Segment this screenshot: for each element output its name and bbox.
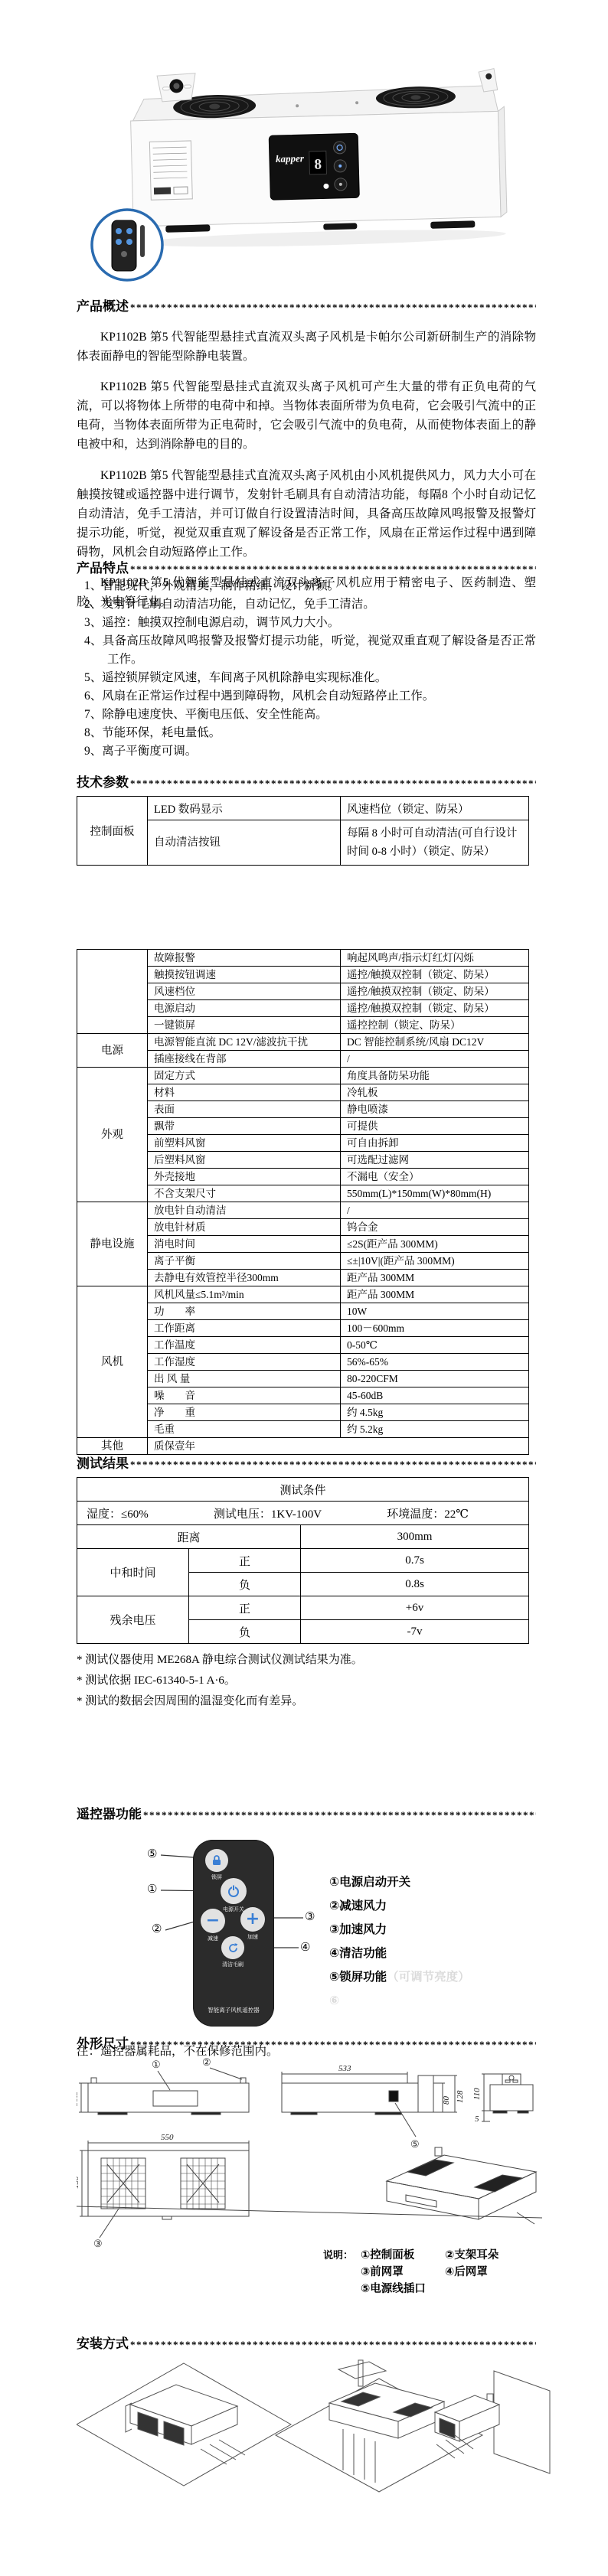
spec-value-cell: ≤±|10V|(距产品 300MM) [341,1253,529,1270]
spec-value-cell: 遥控/触摸双控制（锁定、防呆） [341,967,529,983]
feature-item: 3、遥控：触摸双控制电源启动，调节风力大小。 [77,614,536,632]
dimensions-title: 外形尺寸 [77,2033,129,2052]
tech-value-cell: 每隔 8 小时可自动清洁(可自行设计时间 0-8 小时）（锁定、防呆） [341,820,529,866]
legend-item: ③前网罩 [361,2264,445,2281]
drawing-callout-1: ① [152,2059,161,2070]
star-divider: ****************************************… [130,778,536,790]
legend-faint-number: ⑥ [329,1989,470,2013]
drawing-legend: 说明： ①控制面板②支架耳朵 ③前网罩④后网罩 ⑤电源线插口 [323,2247,529,2297]
feature-item: 6、风扇在正常运作过程中遇到障碍物，风机会自动短路停止工作。 [77,687,536,706]
feature-item: 2、发射针毛刷自动清洁功能，自动记忆，免手工清洁。 [77,595,536,614]
callout-number-1: ① [147,1884,157,1896]
test-condition-header: 测试条件 [77,1478,529,1502]
legend-item-text: ⑤锁屏功能 [329,1971,387,1984]
spec-param-cell: 去静电有效管控半径300mm [148,1270,341,1286]
section-spec-table: 故障报警 响起风鸣声/指示灯红灯闪烁 触摸按钮调速遥控/触摸双控制（锁定、防呆）… [77,949,536,1455]
spec-group-cell: 风机 [77,1286,148,1438]
legend-item: ①电源启动开关 [329,1870,470,1894]
spec-table: 故障报警 响起风鸣声/指示灯红灯闪烁 触摸按钮调速遥控/触摸双控制（锁定、防呆）… [77,949,529,1455]
spec-group-cell: 静电设施 [77,1202,148,1286]
test-results-table: 测试条件 湿度：≤60% 测试电压：1KV-100V 环境温度：22℃ 距离 3… [77,1477,529,1644]
remote-figure: 锁屏 电源开关 − 减速 + 加速 [77,1835,536,2036]
condition-voltage: 测试电压：1KV-100V [214,1505,322,1521]
section-installation: 安装方式 ***********************************… [77,2333,536,2516]
dim-total-height: 128 [456,2090,465,2103]
dim-bottom-width: 550 [161,2133,174,2142]
legend-label: 说明： [323,2247,353,2297]
installation-illustrations [77,2359,551,2512]
spec-value-cell: 静电喷漆 [341,1101,529,1118]
installation-illustration-wall [435,2371,550,2473]
lock-button [205,1849,228,1872]
drawing-side-view [482,2074,533,2121]
spec-param-cell: 风机风量≤5.1m³/min [148,1286,341,1303]
tech-param-cell: LED 数码显示 [148,797,341,820]
star-divider: ****************************************… [130,2339,536,2351]
feature-item: 7、除静电速度快、平衡电压低、安全性能高。 [77,706,536,724]
spec-value-cell: 遥控控制（锁定、防呆） [341,1017,529,1034]
spec-param-cell: 表面 [148,1101,341,1118]
dimension-drawings: 90.5 ① ② 533 80 128 ⑤ [77,2057,551,2279]
speed-up-button: + [240,1907,265,1932]
bracket-ear-left [157,73,196,102]
spec-param-cell: 外壳接地 [148,1169,341,1185]
condition-humidity: 湿度：≤60% [87,1505,149,1521]
spec-group-cell: 电源 [77,1034,148,1068]
spec-param-cell: 故障报警 [148,950,341,967]
spec-value-cell: / [341,1051,529,1068]
dim-front-height: 90.5 [77,2091,80,2106]
clean-cycle-icon [227,1942,239,1954]
callout-number-5: ⑤ [147,1849,157,1860]
test-value: 0.7s [301,1549,529,1573]
spec-param-cell: 电源智能直流 DC 12V/滤波抗干扰 [148,1034,341,1051]
feature-item: 9、离子平衡度可调。 [77,742,536,761]
test-note: * 测试仪器使用 ME268A 静电综合测试仪测试结果为准。 [77,1650,536,1671]
power-icon [227,1884,240,1898]
lock-icon [211,1854,222,1867]
test-results-title: 测试结果 [77,1453,129,1472]
dim-side-height: 110 [472,2088,482,2100]
spec-param-cell: 功 率 [148,1303,341,1320]
spec-value-cell: 距产品 300MM [341,1286,529,1303]
spec-value-cell: DC 智能控制系统/风扇 DC12V [341,1034,529,1051]
spec-value-cell: 80-220CFM [341,1371,529,1387]
section-tech-params: 技术参数 ***********************************… [77,771,536,866]
spec-value-cell: 可自由拆卸 [341,1135,529,1152]
dim-back-width: 533 [338,2064,351,2073]
legend-item: ⑤锁屏功能（可调节亮度） [329,1965,470,1989]
dim-bottom-depth: 150 [77,2176,80,2189]
plus-icon: + [246,1911,260,1928]
drawing-bottom-view [80,2141,249,2238]
spec-param-cell: 出 风 量 [148,1371,341,1387]
star-divider: ****************************************… [143,1809,536,1821]
spec-param-cell: 消电时间 [148,1236,341,1253]
spec-param-cell: 放电针自动清洁 [148,1202,341,1219]
tech-params-table: 控制面板 LED 数码显示 风速档位（锁定、防呆） 自动清洁按钮 每隔 8 小时… [77,796,529,866]
spec-param-cell: 毛重 [148,1421,341,1438]
dimensions-header: 外形尺寸 ***********************************… [77,2033,536,2053]
tech-group-cell: 控制面板 [77,797,148,866]
section-remote: 遥控器功能 **********************************… [77,1803,536,2071]
star-divider: ****************************************… [130,563,536,576]
tech-params-title: 技术参数 [77,771,129,791]
spec-param-cell: 放电针材质 [148,1219,341,1236]
test-group-name: 中和时间 [77,1549,189,1596]
feature-item: 4、具备高压故障风鸣报警及报警灯提示功能，听觉，视觉双重直观了解设备是否正常工作… [77,632,536,669]
spec-value-cell: 角度具备防呆功能 [341,1068,529,1084]
spec-param-cell: 工作距离 [148,1320,341,1337]
installation-title: 安装方式 [77,2333,129,2352]
test-polarity: 正 [189,1596,301,1620]
section-features: 产品特点 ***********************************… [77,557,536,761]
section-test-results: 测试结果 ***********************************… [77,1453,536,1712]
spec-value-cell: 约 4.5kg [341,1404,529,1421]
spec-value-cell: 100－600mm [341,1320,529,1337]
test-distance-value: 300mm [301,1525,529,1549]
dim-back-height: 80 [442,2096,451,2105]
legend-item: ①控制面板 [361,2247,445,2264]
features-header: 产品特点 ***********************************… [77,557,536,577]
spec-value-cell: 可选配过滤网 [341,1152,529,1169]
overview-paragraph: KP1102B 第5 代智能型悬挂式直流双头离子风机是卡帕尔公司新研制生产的消除… [77,328,536,366]
legend-item: ②支架耳朵 [445,2247,529,2264]
legend-item: ④清洁功能 [329,1942,470,1965]
callout-number-3: ③ [305,1912,315,1923]
test-polarity: 负 [189,1573,301,1596]
spec-param-cell: 前塑料风窗 [148,1135,341,1152]
test-note: * 测试的数据会因周围的温湿变化而有差异。 [77,1691,536,1712]
star-divider: ****************************************… [130,1459,536,1471]
overview-paragraph: KP1102B 第5 代智能型悬挂式直流双头离子风机由小风机提供风力，风力大小可… [77,466,536,562]
test-value: 0.8s [301,1573,529,1596]
spec-value-cell: 约 5.2kg [341,1421,529,1438]
spec-param-cell: 噪 音 [148,1387,341,1404]
spec-param-cell: 一键锁屏 [148,1017,341,1034]
remote-control-image: 锁屏 电源开关 − 减速 + 加速 [193,1840,274,2027]
legend-item: ②减速风力 [329,1894,470,1918]
test-polarity: 正 [189,1549,301,1573]
legend-item: ⑤电源线插口 [361,2281,445,2297]
spec-param-cell: 风速档位 [148,983,341,1000]
spec-param-cell: 固定方式 [148,1068,341,1084]
spec-param-cell: 不含支架尺寸 [148,1185,341,1202]
spec-group-cell [77,950,148,1034]
drawing-callout-5: ⑤ [410,2138,420,2150]
bottom-grille-left [101,2158,145,2209]
section-dimensions: 外形尺寸 ***********************************… [77,2033,536,2308]
condition-temperature: 环境温度：22℃ [387,1505,469,1521]
spec-label-sticker [149,141,192,200]
spec-value-cell: 56%-65% [341,1354,529,1371]
control-panel-image: kapper 8 [269,133,359,200]
spec-param-cell: 材料 [148,1084,341,1101]
test-distance-label: 距离 [77,1525,301,1549]
led-digit: 8 [314,156,322,172]
installation-illustration-desktop [77,2363,291,2486]
legend-item: ③加速风力 [329,1918,470,1942]
spec-value-cell: 550mm(L)*150mm(W)*80mm(H) [341,1185,529,1202]
product-photo: kapper 8 [0,37,608,289]
feature-item: 5、遥控锁屏锁定风速，车间离子风机除静电实现标准化。 [77,669,536,687]
feature-item: 8、节能环保，耗电量低。 [77,724,536,742]
drawing-front-view [79,2068,249,2115]
spec-param-cell: 后塑料风窗 [148,1152,341,1169]
clean-button [221,1936,244,1959]
spec-value-cell: 不漏电（安全） [341,1169,529,1185]
spec-param-cell: 净 重 [148,1404,341,1421]
overview-header: 产品概述 ***********************************… [77,295,536,315]
feature-item: 1、智能现代，外观精美，制作精细，设计新颖。 [77,577,536,595]
remote-header: 遥控器功能 **********************************… [77,1803,536,1823]
remote-thumbnail [92,210,162,280]
spec-param-cell: 触摸按钮调速 [148,967,341,983]
overview-title: 产品概述 [77,295,129,315]
spec-param-cell: 插座接线在背部 [148,1051,341,1068]
remote-title: 遥控器功能 [77,1803,142,1822]
drawing-callout-2: ② [202,2057,211,2068]
speed-down-button: − [201,1909,225,1933]
test-note: * 测试依据 IEC-61340-5-1 A·6。 [77,1671,536,1691]
test-group-name: 残余电压 [77,1596,189,1644]
test-results-header: 测试结果 ***********************************… [77,1453,536,1472]
test-value: +6v [301,1596,529,1620]
power-button [221,1878,247,1904]
brand-logo: kapper [276,152,305,165]
legend-faint-text: （可调节亮度） [387,1971,470,1984]
spec-value-cell: 10W [341,1303,529,1320]
overview-paragraph: KP1102B 第5 代智能型悬挂式直流双头离子风机可产生大量的带有正负电荷的气… [77,377,536,454]
drawing-isometric-view [77,2147,542,2224]
spec-param-cell: 工作湿度 [148,1354,341,1371]
tech-value-cell: 风速档位（锁定、防呆） [341,797,529,820]
remote-caption: 智能离子风机遥控器 [193,2006,274,2014]
spec-value-cell: 响起风鸣声/指示灯红灯闪烁 [341,950,529,967]
tech-param-cell: 自动清洁按钮 [148,820,341,866]
test-value: -7v [301,1620,529,1644]
tech-params-header: 技术参数 ***********************************… [77,771,536,791]
drawing-back-view [282,2072,457,2137]
features-title: 产品特点 [77,557,129,576]
callout-number-2: ② [152,1924,162,1935]
spec-param-cell: 飘带 [148,1118,341,1135]
legend-item: ④后网罩 [445,2264,529,2281]
spec-value-cell: 遥控/触摸双控制（锁定、防呆） [341,983,529,1000]
minus-icon: − [206,1912,220,1929]
spec-value-cell: / [341,1202,529,1219]
drawing-callout-3: ③ [93,2238,103,2249]
spec-param-cell: 离子平衡 [148,1253,341,1270]
spec-param-cell: 工作温度 [148,1337,341,1354]
spec-group-cell: 外观 [77,1068,148,1202]
spec-value-cell: 冷轧板 [341,1084,529,1101]
bottom-grille-right [181,2158,225,2209]
spec-value-cell: 0-50℃ [341,1337,529,1354]
spec-value-cell: 遥控/触摸双控制（锁定、防呆） [341,1000,529,1017]
spec-value-cell: 距产品 300MM [341,1270,529,1286]
star-divider: ****************************************… [130,2039,536,2051]
spec-value-cell: 钨合金 [341,1219,529,1236]
clean-button-label: 清洁毛刷 [208,1961,257,1968]
product-datasheet-page: kapper 8 [0,0,608,2576]
spec-param-cell: 电源启动 [148,1000,341,1017]
test-polarity: 负 [189,1620,301,1644]
callout-number-4: ④ [300,1942,310,1954]
ionizer-device-image: kapper 8 [129,65,508,250]
star-divider: ****************************************… [130,302,536,314]
remote-legend: ①电源启动开关 ②减速风力 ③加速风力 ④清洁功能 ⑤锁屏功能（可调节亮度） ⑥ [329,1870,470,2013]
spec-value-cell: 45-60dB [341,1387,529,1404]
test-conditions-cell: 湿度：≤60% 测试电压：1KV-100V 环境温度：22℃ [77,1502,529,1525]
installation-header: 安装方式 ***********************************… [77,2333,536,2353]
spec-value-cell: 可提供 [341,1118,529,1135]
spec-value-cell: ≤2S(距产品 300MM) [341,1236,529,1253]
dim-bottom-gap: 5 [475,2115,479,2124]
